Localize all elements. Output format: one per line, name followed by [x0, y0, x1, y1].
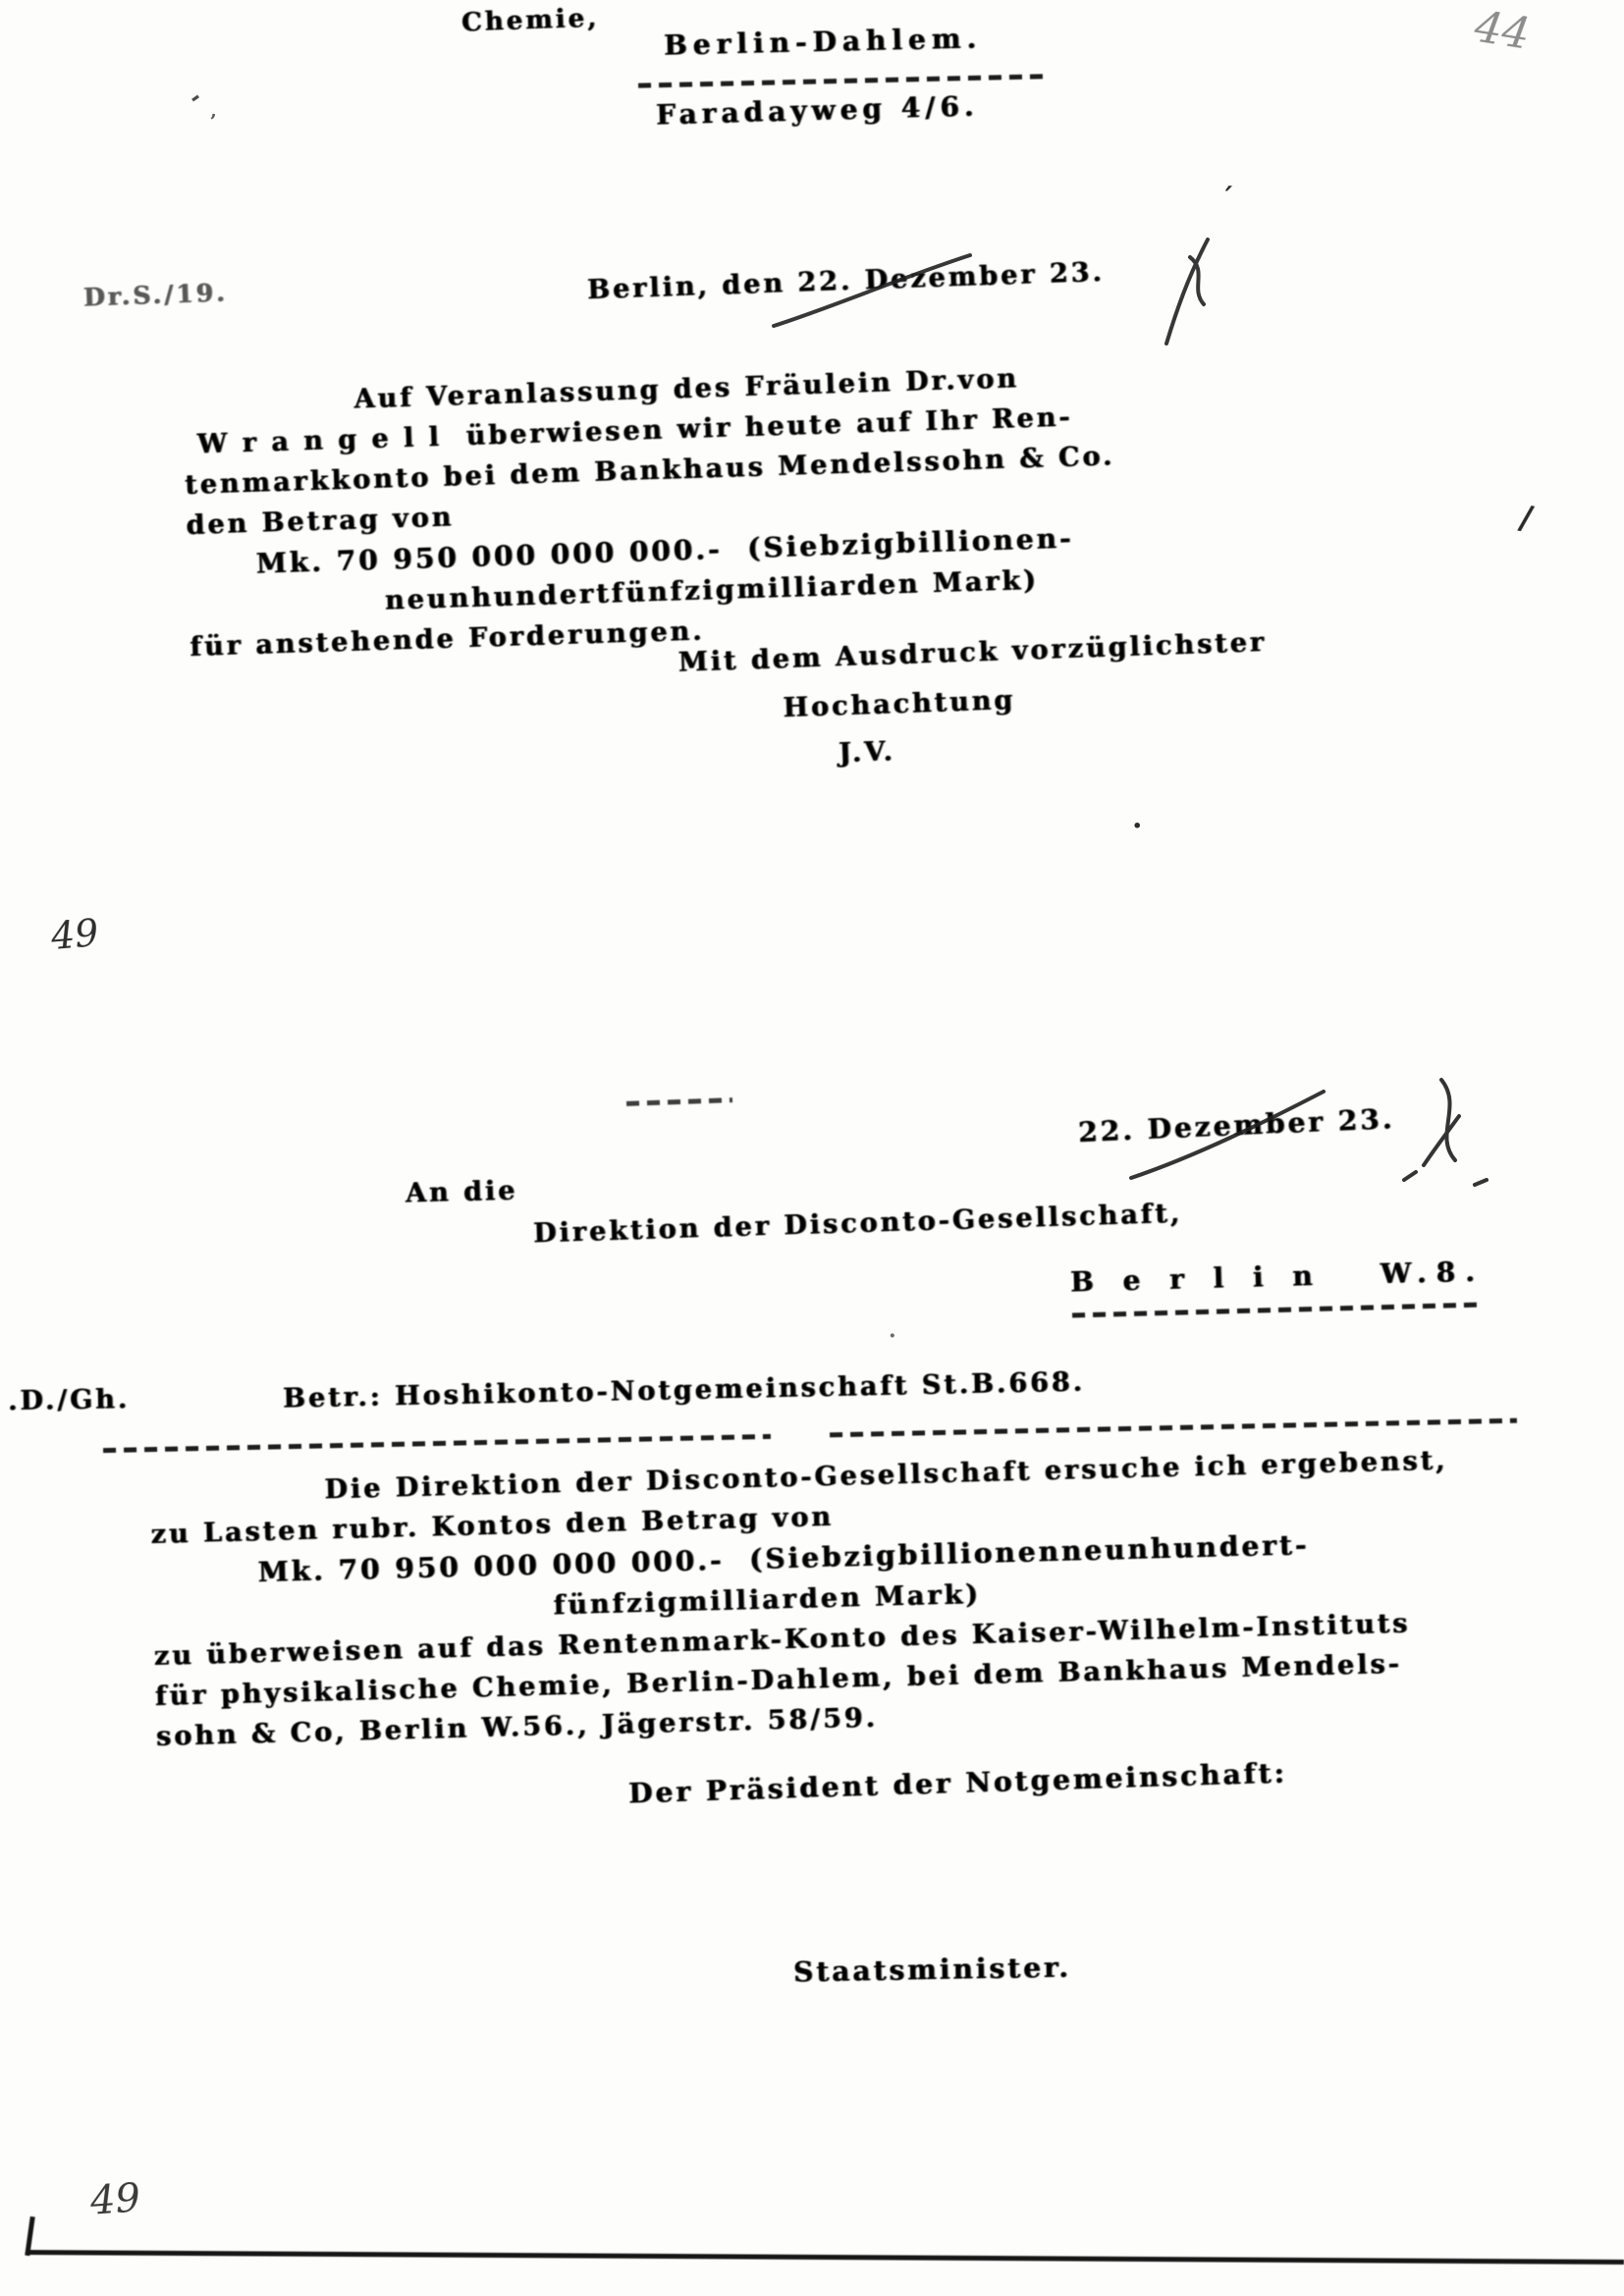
subject-underline-right — [830, 1418, 1517, 1438]
letterhead-city: Berlin-Dahlem. — [664, 22, 983, 61]
letter2-body: Die Direktion der Disconto-Gesellschaft … — [149, 1438, 1550, 1757]
scan-edge-bottom — [27, 2250, 1624, 2265]
recipient-name: Direktion der Disconto-Gesellschaft, — [533, 1194, 1183, 1255]
recipient-city: B e r l i n W.8. — [1070, 1255, 1486, 1298]
handwritten-page-number-left: 49 — [49, 911, 100, 958]
recipient-salutation: An die — [405, 1171, 517, 1214]
handwritten-page-number-bottom-left: 49 — [88, 2175, 141, 2223]
signer-name: Staatsminister. — [793, 1948, 1072, 1994]
scan-speck: / — [1516, 498, 1536, 539]
letterhead-street: Faradayweg 4/6. — [656, 89, 979, 131]
recipient-city-underline — [1072, 1303, 1485, 1318]
subject-line: Betr.: Hoshikonto-Notgemeinschaft St.B.6… — [283, 1362, 1086, 1418]
scan-speck: ‚ — [210, 98, 217, 122]
scan-dash-remnant — [626, 1097, 732, 1106]
scan-speck: · — [889, 1323, 896, 1349]
signature-title: Der Präsident der Notgemeinschaft: — [628, 1752, 1288, 1814]
letterhead-underline — [638, 74, 1046, 87]
scan-speck: · — [1132, 809, 1142, 843]
letterhead-institute-line: Chemie, — [461, 4, 600, 38]
scanned-letter-page: Chemie, Berlin-Dahlem. Faradayweg 4/6. 4… — [0, 0, 1624, 2296]
handwritten-stroke-date1 — [746, 228, 1247, 360]
letter1-closing: Mit dem Ausdruck vorzüglichster Hochacht… — [643, 622, 1159, 783]
subject-underline-left — [103, 1434, 771, 1453]
scan-speck: - — [183, 82, 207, 111]
letter1-body: Auf Veranlassung des Fräulein Dr.von W r… — [182, 352, 1221, 667]
reference-number-letter1: Dr.S./19. — [83, 278, 229, 311]
scan-speck: ´ — [1220, 183, 1234, 215]
reference-number-letter2: .D./Gh. — [8, 1379, 131, 1421]
handwritten-page-number-top-right: 44 — [1471, 2, 1533, 60]
